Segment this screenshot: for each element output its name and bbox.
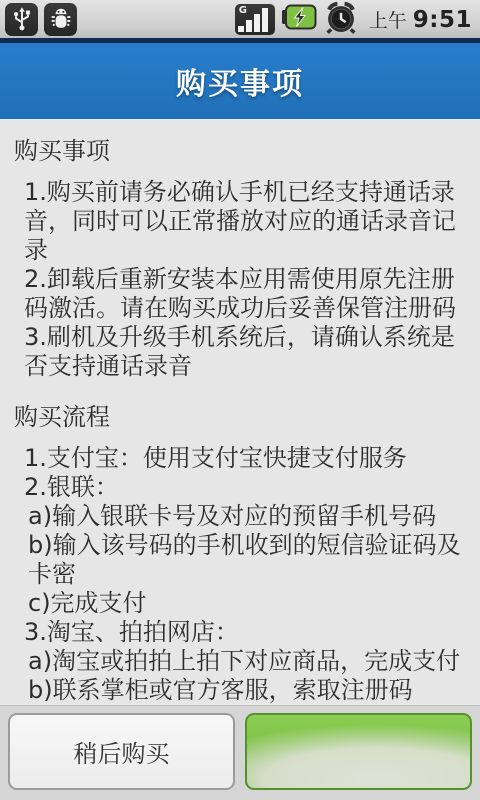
page-title: 购买事项 [176,59,304,103]
section-heading-process: 购买流程 [14,403,472,432]
status-icons-left [5,3,77,36]
time-meridiem: 上午 [369,10,407,32]
alarm-clock-icon [323,1,359,38]
buy-now-button[interactable] [245,713,472,790]
process-step: 3.淘宝、拍拍网店： [24,618,472,647]
blurred-label-area [247,715,470,788]
process-substep: a)输入银联卡号及对应的预留手机号码 [28,502,472,531]
process-step: 2.银联： [24,473,472,502]
time-value: 9:51 [413,7,472,33]
battery-charging-icon [281,4,317,34]
purchase-notes-scroll[interactable]: 购买事项 1.购买前请务必确认手机已经支持通话录音，同时可以正常播放对应的通话录… [0,119,480,705]
notice-item: 3.刷机及升级手机系统后，请确认系统是否支持通话录音 [24,323,472,381]
android-screen: G [0,0,480,800]
signal-strength-icon: G [235,4,275,35]
notice-item: 1.购买前请务必确认手机已经支持通话录音，同时可以正常播放对应的通话录音记录 [24,178,472,265]
process-substep: c)完成支付 [28,589,472,618]
bottom-bar: 稍后购买 [0,705,480,800]
adb-debug-icon [44,3,77,36]
network-type-label: G [239,5,247,16]
process-step: 1.支付宝：使用支付宝快捷支付服务 [24,444,472,473]
status-time: 上午 9:51 [369,6,472,33]
process-substep: b)联系掌柜或官方客服，索取注册码 [28,676,472,705]
buy-later-button[interactable]: 稍后购买 [8,713,235,790]
notice-item: 2.卸载后重新安装本应用需使用原先注册码激活。请在购买成功后妥善保管注册码 [24,265,472,323]
status-icons-right: G [235,1,475,38]
title-bar: 购买事项 [0,43,480,119]
section-heading-notes: 购买事项 [14,137,472,166]
process-substep: a)淘宝或拍拍上拍下对应商品，完成支付 [28,647,472,676]
process-substep: b)输入该号码的手机收到的短信验证码及卡密 [28,531,472,589]
usb-icon [5,3,38,36]
status-bar[interactable]: G [0,0,480,38]
